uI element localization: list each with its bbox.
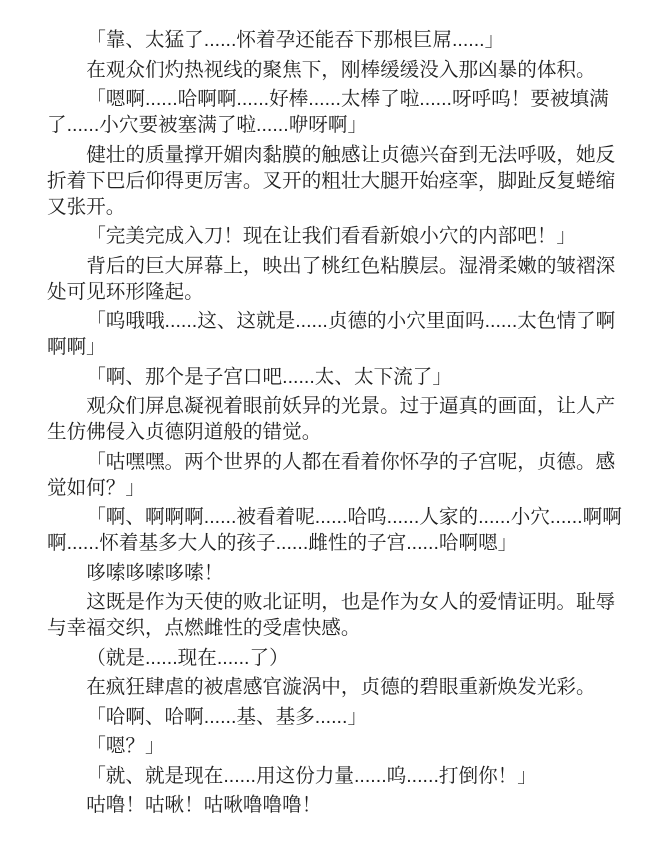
text-line: 「完美完成入刀！现在让我们看看新娘小穴的内部吧！」 (47, 223, 608, 249)
text-line: 啊啊」 (47, 334, 608, 360)
text-line: 「呜哦哦......这、这就是......贞德的小穴里面吗......太色情了啊 (47, 308, 608, 334)
text-line: 生仿佛侵入贞德阴道般的错觉。 (47, 419, 608, 445)
text-line: 觉如何？」 (47, 475, 608, 501)
paragraph: 「啊、那个是子宫口吧......太、太下流了」 (47, 364, 608, 390)
text-line: 「啊、那个是子宫口吧......太、太下流了」 (47, 364, 608, 390)
paragraph: （就是......现在......了） (47, 645, 608, 671)
paragraph: 「靠、太猛了......怀着孕还能吞下那根巨屌......」 (47, 27, 608, 53)
document-page: 「靠、太猛了......怀着孕还能吞下那根巨屌......」在观众们灼热视线的聚… (0, 0, 650, 818)
paragraph: 「呜哦哦......这、这就是......贞德的小穴里面吗......太色情了啊… (47, 308, 608, 360)
text-line: 与幸福交织，点燃雌性的受虐快感。 (47, 615, 608, 641)
paragraph: 在观众们灼热视线的聚焦下，刚棒缓缓没入那凶暴的体积。 (47, 57, 608, 83)
text-line: 在疯狂肆虐的被虐感官漩涡中，贞德的碧眼重新焕发光彩。 (47, 674, 608, 700)
paragraph: 咕噜！咕啾！咕啾噜噜噜！ (47, 792, 608, 818)
paragraph: 背后的巨大屏幕上，映出了桃红色粘膜层。湿滑柔嫩的皱褶深处可见环形隆起。 (47, 253, 608, 305)
paragraph: 「完美完成入刀！现在让我们看看新娘小穴的内部吧！」 (47, 223, 608, 249)
text-line: 「咕嘿嘿。两个世界的人都在看着你怀孕的子宫呢，贞德。感 (47, 449, 608, 475)
text-line: 咕噜！咕啾！咕啾噜噜噜！ (47, 792, 608, 818)
paragraph: 「嗯？」 (47, 733, 608, 759)
text-line: 啊......怀着基多大人的孩子......雌性的子宫......哈啊嗯」 (47, 530, 608, 556)
text-line: 「就、就是现在......用这份力量......呜......打倒你！」 (47, 763, 608, 789)
text-line: 观众们屏息凝视着眼前妖异的光景。过于逼真的画面，让人产 (47, 393, 608, 419)
paragraph: 「嗯啊......哈啊啊......好棒......太棒了啦......呀呼呜！… (47, 86, 608, 138)
paragraph: 健壮的质量撑开媚肉黏膜的触感让贞德兴奋到无法呼吸，她反折着下巴后仰得更厉害。叉开… (47, 142, 608, 220)
text-line: （就是......现在......了） (47, 645, 608, 671)
document-body: 「靠、太猛了......怀着孕还能吞下那根巨屌......」在观众们灼热视线的聚… (47, 27, 608, 818)
text-line: 这既是作为天使的败北证明，也是作为女人的爱情证明。耻辱 (47, 589, 608, 615)
text-line: 在观众们灼热视线的聚焦下，刚棒缓缓没入那凶暴的体积。 (47, 57, 608, 83)
text-line: 处可见环形隆起。 (47, 279, 608, 305)
paragraph: 观众们屏息凝视着眼前妖异的光景。过于逼真的画面，让人产生仿佛侵入贞德阴道般的错觉… (47, 393, 608, 445)
paragraph: 这既是作为天使的败北证明，也是作为女人的爱情证明。耻辱与幸福交织，点燃雌性的受虐… (47, 589, 608, 641)
paragraph: 哆嗦哆嗦哆嗦！ (47, 560, 608, 586)
text-line: 哆嗦哆嗦哆嗦！ (47, 560, 608, 586)
paragraph: 「咕嘿嘿。两个世界的人都在看着你怀孕的子宫呢，贞德。感觉如何？」 (47, 449, 608, 501)
text-line: 了......小穴要被塞满了啦......咿呀啊」 (47, 112, 608, 138)
paragraph: 「就、就是现在......用这份力量......呜......打倒你！」 (47, 763, 608, 789)
text-line: 折着下巴后仰得更厉害。叉开的粗壮大腿开始痉挛，脚趾反复蜷缩 (47, 168, 608, 194)
text-line: 「哈啊、哈啊......基、基多......」 (47, 704, 608, 730)
text-line: 「嗯啊......哈啊啊......好棒......太棒了啦......呀呼呜！… (47, 86, 608, 112)
text-line: 「嗯？」 (47, 733, 608, 759)
text-line: 健壮的质量撑开媚肉黏膜的触感让贞德兴奋到无法呼吸，她反 (47, 142, 608, 168)
text-line: 「啊、啊啊啊......被看着呢......哈呜......人家的......小… (47, 504, 608, 530)
text-line: 「靠、太猛了......怀着孕还能吞下那根巨屌......」 (47, 27, 608, 53)
paragraph: 在疯狂肆虐的被虐感官漩涡中，贞德的碧眼重新焕发光彩。 (47, 674, 608, 700)
paragraph: 「哈啊、哈啊......基、基多......」 (47, 704, 608, 730)
text-line: 背后的巨大屏幕上，映出了桃红色粘膜层。湿滑柔嫩的皱褶深 (47, 253, 608, 279)
text-line: 又张开。 (47, 194, 608, 220)
paragraph: 「啊、啊啊啊......被看着呢......哈呜......人家的......小… (47, 504, 608, 556)
